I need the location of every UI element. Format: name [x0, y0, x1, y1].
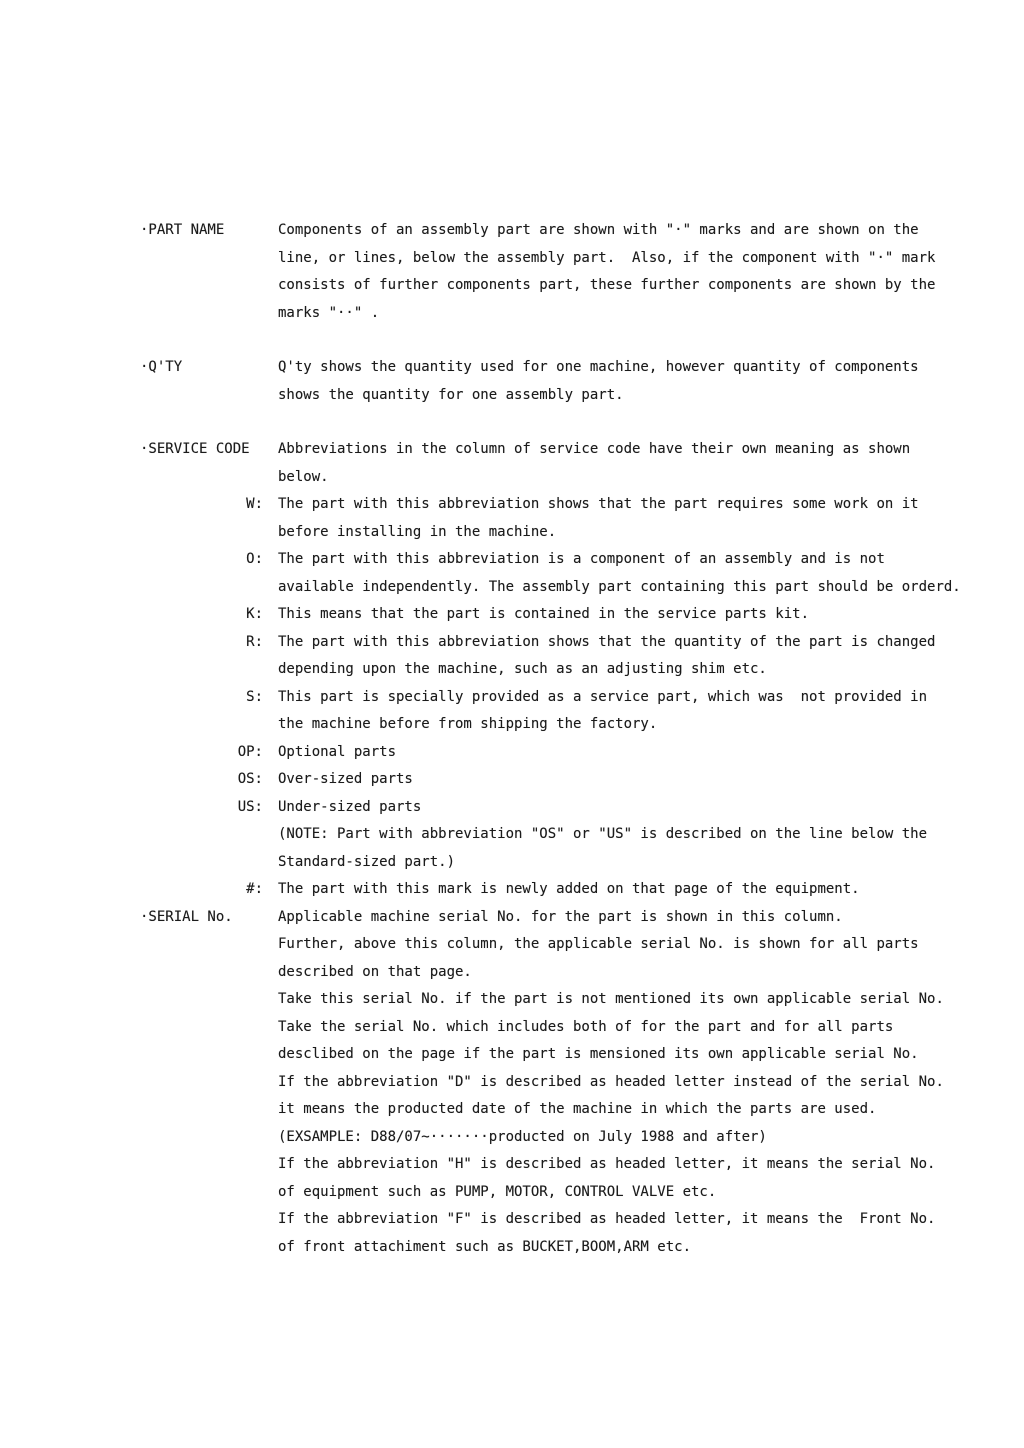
- document-page: ·PART NAME Components of an assembly par…: [0, 0, 1024, 1448]
- service-code-entry-s-cont: the machine before from shipping the fac…: [140, 711, 976, 739]
- code-letter: #:: [233, 876, 263, 904]
- code-letter: OS:: [233, 766, 263, 794]
- text-line: of equipment such as PUMP, MOTOR, CONTRO…: [278, 1179, 976, 1207]
- section-body-serial-no: Applicable machine serial No. for the pa…: [278, 904, 976, 1262]
- service-code-entry-us-note: (NOTE: Part with abbreviation "OS" or "U…: [140, 821, 976, 849]
- text-line: desclibed on the page if the part is men…: [278, 1041, 976, 1069]
- section-label-part-name: ·PART NAME: [140, 217, 278, 245]
- text-line: If the abbreviation "H" is described as …: [278, 1151, 976, 1179]
- section-body-part-name: Components of an assembly part are shown…: [278, 217, 976, 327]
- text-line: Optional parts: [278, 739, 976, 767]
- text-line: the machine before from shipping the fac…: [278, 711, 976, 739]
- text-line: The part with this abbreviation is a com…: [278, 546, 976, 574]
- text-line: Over-sized parts: [278, 766, 976, 794]
- service-code-entry-s: S: This part is specially provided as a …: [140, 684, 976, 712]
- section-service-code: ·SERVICE CODE Abbreviations in the colum…: [140, 436, 976, 491]
- section-part-name: ·PART NAME Components of an assembly par…: [140, 217, 976, 327]
- code-letter: K:: [233, 601, 263, 629]
- text-line: line, or lines, below the assembly part.…: [278, 245, 976, 273]
- service-code-entry-r: R: The part with this abbreviation shows…: [140, 629, 976, 657]
- service-code-entry-hash: #: The part with this mark is newly adde…: [140, 876, 976, 904]
- text-line: If the abbreviation "D" is described as …: [278, 1069, 976, 1097]
- code-letter: OP:: [233, 739, 263, 767]
- code-letter: O:: [233, 546, 263, 574]
- text-line: consists of further components part, the…: [278, 272, 976, 300]
- text-line: This part is specially provided as a ser…: [278, 684, 976, 712]
- code-letter: S:: [233, 684, 263, 712]
- text-line: Abbreviations in the column of service c…: [278, 436, 976, 464]
- text-line: The part with this mark is newly added o…: [278, 876, 976, 904]
- text-line: Components of an assembly part are shown…: [278, 217, 976, 245]
- text-line: (NOTE: Part with abbreviation "OS" or "U…: [278, 821, 976, 849]
- text-line: The part with this abbreviation shows th…: [278, 491, 976, 519]
- service-code-list: W: The part with this abbreviation shows…: [140, 491, 976, 904]
- section-qty: ·Q'TY Q'ty shows the quantity used for o…: [140, 354, 976, 409]
- service-code-entry-us: US: Under-sized parts: [140, 794, 976, 822]
- text-line: depending upon the machine, such as an a…: [278, 656, 976, 684]
- document-content: ·PART NAME Components of an assembly par…: [140, 217, 976, 1261]
- text-line: If the abbreviation "F" is described as …: [278, 1206, 976, 1234]
- section-serial-no: ·SERIAL No. Applicable machine serial No…: [140, 904, 976, 1262]
- text-line: (EXSAMPLE: D88/07~·······producted on Ju…: [278, 1124, 976, 1152]
- text-line: This means that the part is contained in…: [278, 601, 976, 629]
- text-line: Further, above this column, the applicab…: [278, 931, 976, 959]
- service-code-entry-k: K: This means that the part is contained…: [140, 601, 976, 629]
- service-code-entry-o-cont: available independently. The assembly pa…: [140, 574, 976, 602]
- service-code-entry-r-cont: depending upon the machine, such as an a…: [140, 656, 976, 684]
- text-line: Under-sized parts: [278, 794, 976, 822]
- code-letter: W:: [233, 491, 263, 519]
- service-code-entry-us-note-cont: Standard-sized part.): [140, 849, 976, 877]
- text-line: available independently. The assembly pa…: [278, 574, 976, 602]
- text-line: before installing in the machine.: [278, 519, 976, 547]
- service-code-entry-w-cont: before installing in the machine.: [140, 519, 976, 547]
- text-line: Applicable machine serial No. for the pa…: [278, 904, 976, 932]
- text-line: Take the serial No. which includes both …: [278, 1014, 976, 1042]
- service-code-entry-os: OS: Over-sized parts: [140, 766, 976, 794]
- section-label-service-code: ·SERVICE CODE: [140, 436, 278, 464]
- service-code-entry-op: OP: Optional parts: [140, 739, 976, 767]
- service-code-entry-o: O: The part with this abbreviation is a …: [140, 546, 976, 574]
- section-label-serial-no: ·SERIAL No.: [140, 904, 278, 932]
- text-line: it means the producted date of the machi…: [278, 1096, 976, 1124]
- text-line: below.: [278, 464, 976, 492]
- service-code-entry-w: W: The part with this abbreviation shows…: [140, 491, 976, 519]
- text-line: Q'ty shows the quantity used for one mac…: [278, 354, 976, 382]
- text-line: The part with this abbreviation shows th…: [278, 629, 976, 657]
- text-line: Standard-sized part.): [278, 849, 976, 877]
- text-line: marks "··" .: [278, 300, 976, 328]
- section-body-qty: Q'ty shows the quantity used for one mac…: [278, 354, 976, 409]
- text-line: of front attachiment such as BUCKET,BOOM…: [278, 1234, 976, 1262]
- text-line: shows the quantity for one assembly part…: [278, 382, 976, 410]
- section-label-qty: ·Q'TY: [140, 354, 278, 382]
- section-body-service-code: Abbreviations in the column of service c…: [278, 436, 976, 491]
- code-letter: US:: [233, 794, 263, 822]
- text-line: Take this serial No. if the part is not …: [278, 986, 976, 1014]
- code-letter: R:: [233, 629, 263, 657]
- text-line: described on that page.: [278, 959, 976, 987]
